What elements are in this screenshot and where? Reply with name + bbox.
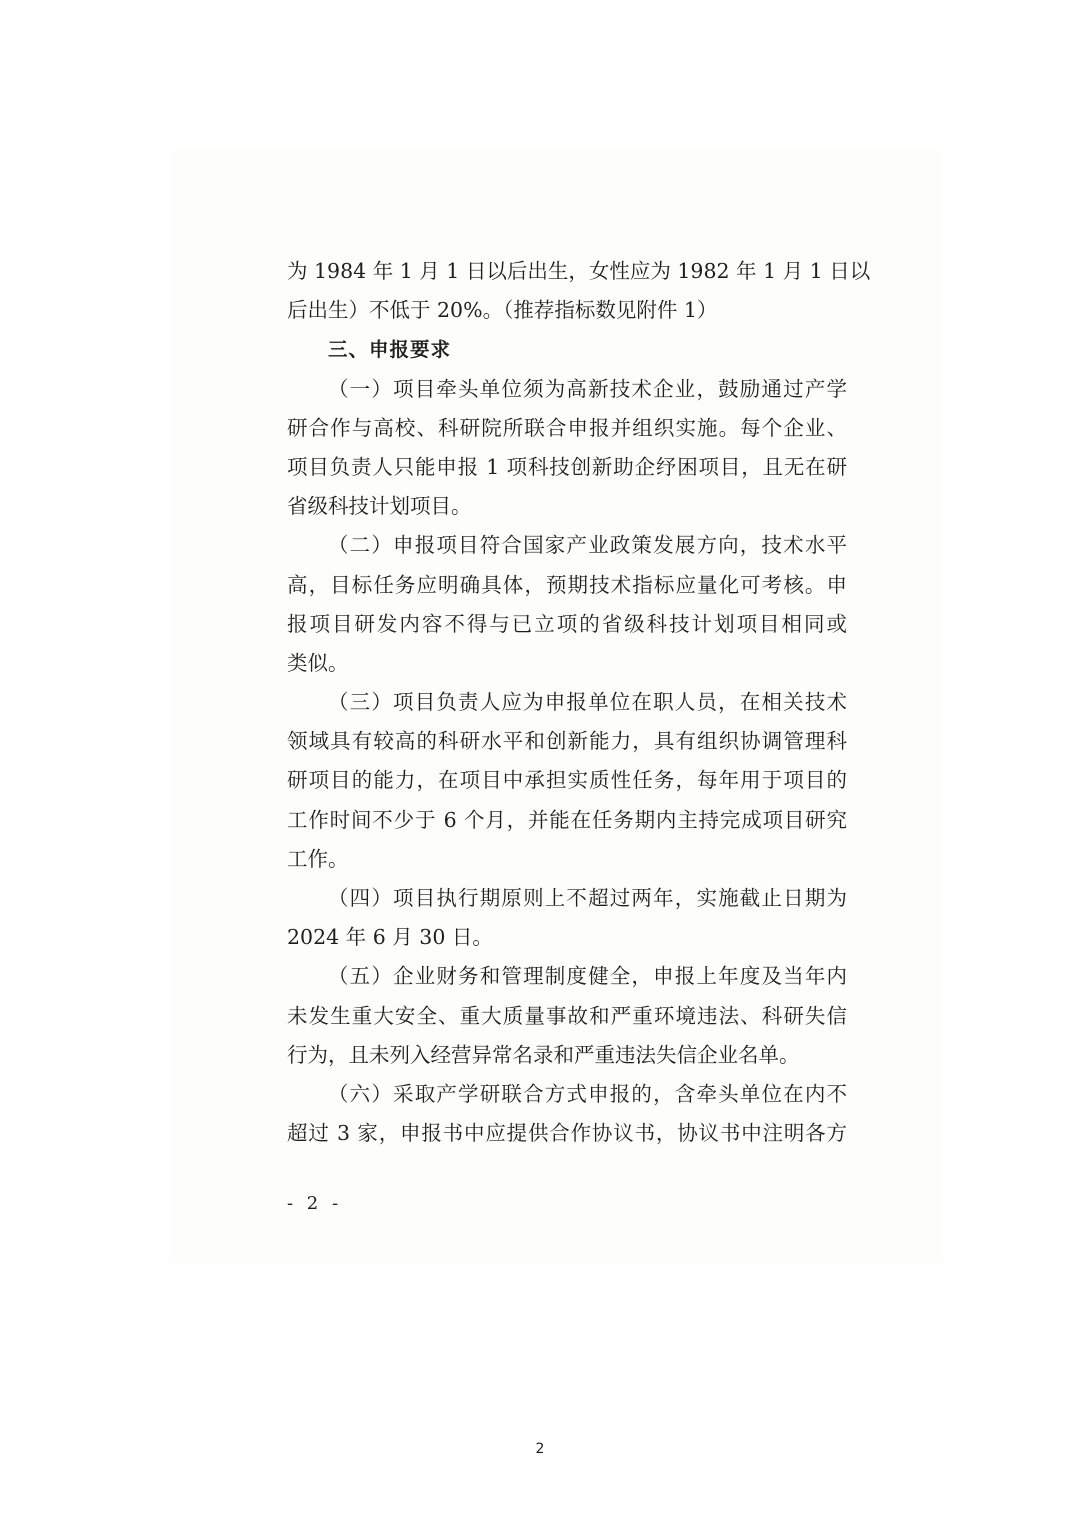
paragraph-line: 类似。 bbox=[287, 644, 847, 683]
paragraph-line: 2024 年 6 月 30 日。 bbox=[287, 918, 847, 957]
paragraph-line: （三）项目负责人应为申报单位在职人员，在相关技术 bbox=[287, 683, 847, 722]
document-body: 为 1984 年 1 月 1 日以后出生，女性应为 1982 年 1 月 1 日… bbox=[287, 252, 847, 1153]
paragraph-line: 领域具有较高的科研水平和创新能力，具有组织协调管理科 bbox=[287, 722, 847, 761]
paragraph-line: （四）项目执行期原则上不超过两年，实施截止日期为 bbox=[287, 879, 847, 918]
paragraph-line: 省级科技计划项目。 bbox=[287, 487, 847, 526]
paragraph-line: 工作。 bbox=[287, 840, 847, 879]
paragraph-line: 超过 3 家，申报书中应提供合作协议书，协议书中注明各方 bbox=[287, 1114, 847, 1153]
scan-page-footer: - 2 - bbox=[287, 1193, 342, 1214]
section-heading: 三、申报要求 bbox=[287, 330, 847, 369]
paragraph-line: （五）企业财务和管理制度健全，申报上年度及当年内 bbox=[287, 957, 847, 996]
paragraph-line: 研合作与高校、科研院所联合申报并组织实施。每个企业、 bbox=[287, 409, 847, 448]
paragraph-line: （一）项目牵头单位须为高新技术企业，鼓励通过产学 bbox=[287, 370, 847, 409]
paragraph-line: 工作时间不少于 6 个月，并能在任务期内主持完成项目研究 bbox=[287, 801, 847, 840]
paragraph-line: 为 1984 年 1 月 1 日以后出生，女性应为 1982 年 1 月 1 日… bbox=[287, 252, 847, 291]
paragraph-line: 研项目的能力，在项目中承担实质性任务，每年用于项目的 bbox=[287, 761, 847, 800]
paragraph-line: （二）申报项目符合国家产业政策发展方向，技术水平 bbox=[287, 526, 847, 565]
page-number: 2 bbox=[0, 1441, 1080, 1457]
paragraph-line: （六）采取产学研联合方式申报的，含牵头单位在内不 bbox=[287, 1075, 847, 1114]
paragraph-line: 未发生重大安全、重大质量事故和严重环境违法、科研失信 bbox=[287, 997, 847, 1036]
paragraph-line: 行为，且未列入经营异常名录和严重违法失信企业名单。 bbox=[287, 1036, 847, 1075]
paragraph-line: 高，目标任务应明确具体，预期技术指标应量化可考核。申 bbox=[287, 566, 847, 605]
paragraph-line: 项目负责人只能申报 1 项科技创新助企纾困项目，且无在研 bbox=[287, 448, 847, 487]
paragraph-line: 后出生）不低于 20%。（推荐指标数见附件 1） bbox=[287, 291, 847, 330]
paragraph-line: 报项目研发内容不得与已立项的省级科技计划项目相同或 bbox=[287, 605, 847, 644]
